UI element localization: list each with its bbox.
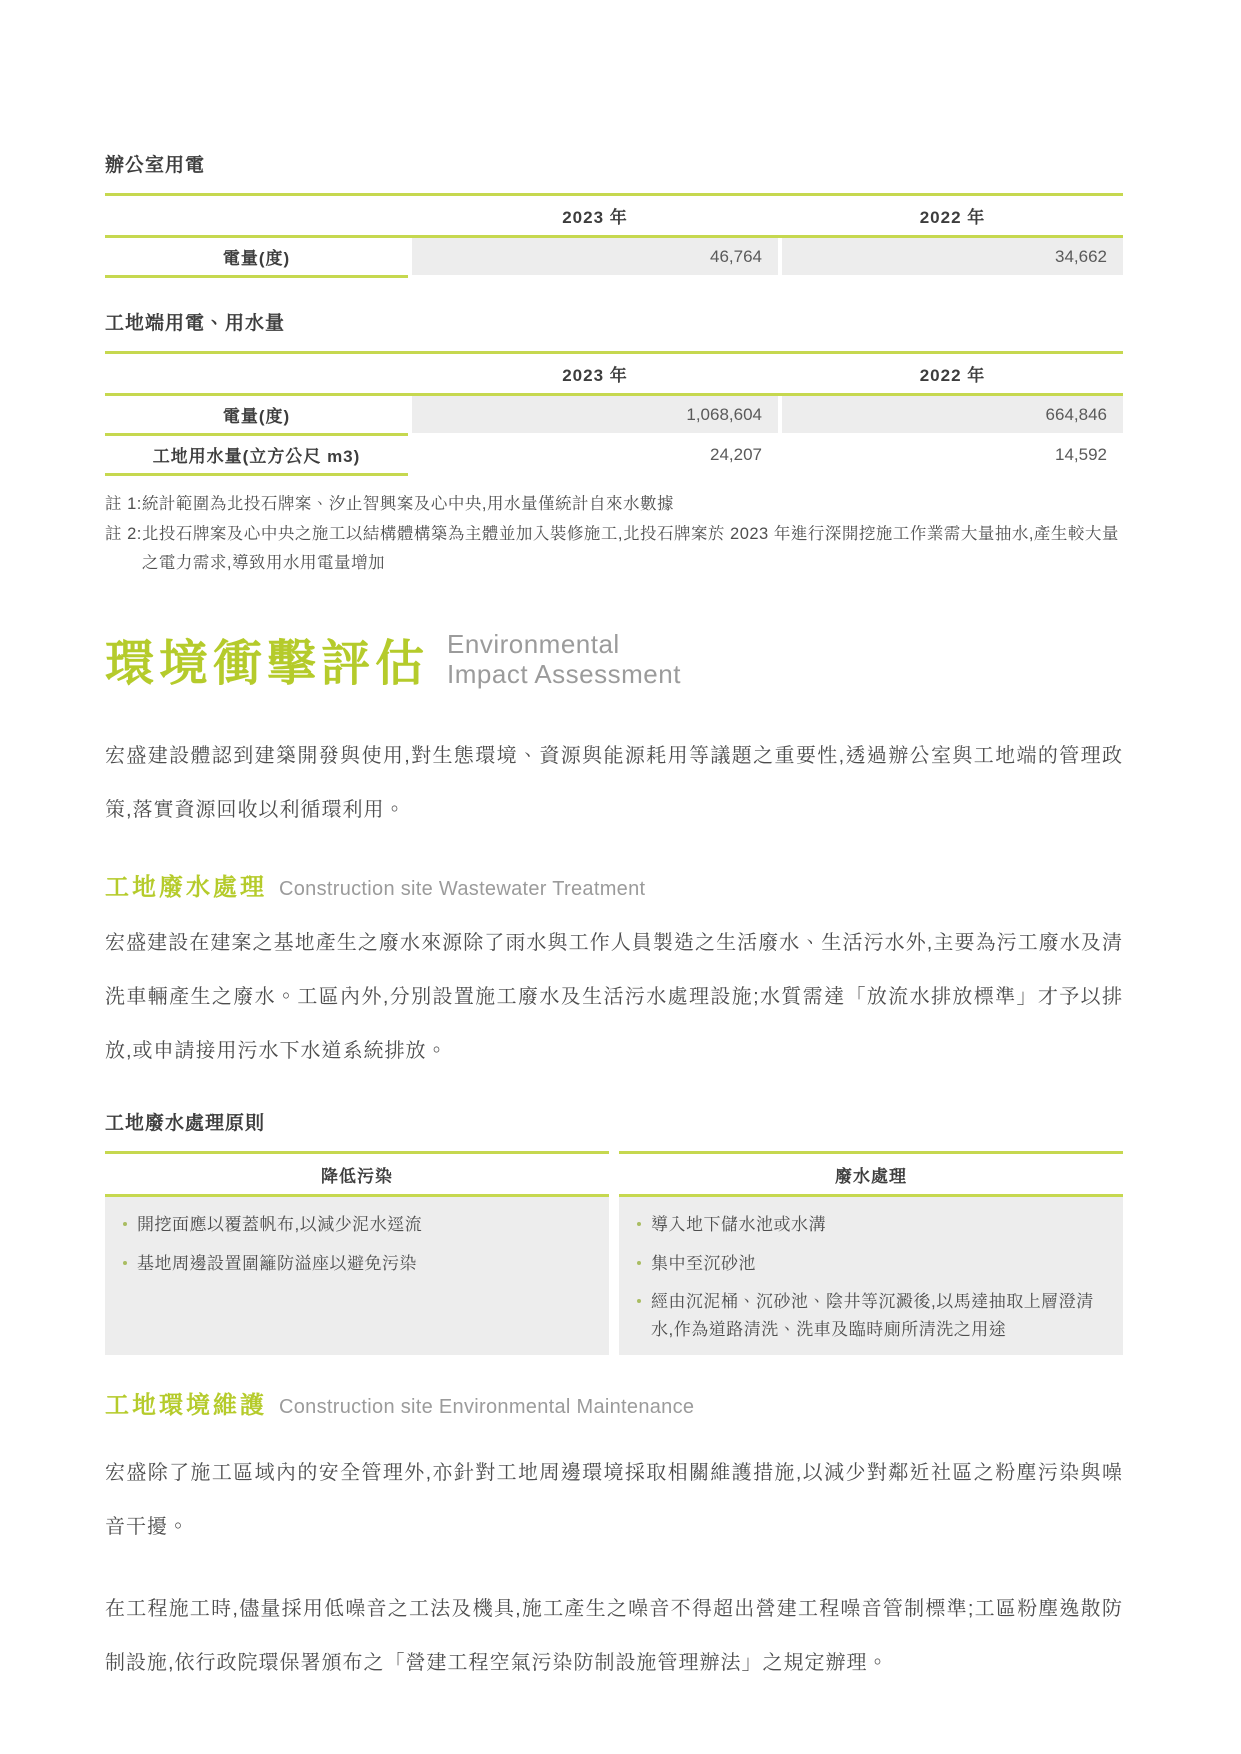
maintenance-heading-en: Construction site Environmental Maintena… bbox=[279, 1396, 694, 1419]
office-electricity-heading: 辦公室用電 bbox=[105, 150, 1123, 177]
principle-item-text: 經由沉泥桶、沉砂池、陰井等沉澱後,以馬達抽取上層澄清水,作為道路清洗、洗車及臨時… bbox=[651, 1288, 1101, 1343]
wastewater-heading-zh: 工地廢水處理 bbox=[105, 867, 267, 902]
principles-column-header: 降低污染 bbox=[105, 1151, 609, 1197]
principle-item: 導入地下儲水池或水溝 bbox=[633, 1211, 1101, 1239]
row-label: 電量(度) bbox=[105, 238, 408, 278]
bullet-dot-icon bbox=[637, 1261, 641, 1265]
bullet-dot-icon bbox=[637, 1222, 641, 1226]
value-cell-2022: 34,662 bbox=[782, 238, 1123, 278]
value-cell-2022: 664,846 bbox=[782, 396, 1123, 436]
note-label: 註 2: bbox=[105, 520, 142, 579]
chapter-title-en-line1: Environmental bbox=[447, 629, 620, 659]
note-text: 統計範圍為北投石牌案、汐止智興案及心中央,用水量僅統計自來水數據 bbox=[142, 490, 1123, 520]
principle-item-text: 集中至沉砂池 bbox=[651, 1250, 756, 1278]
principles-heading: 工地廢水處理原則 bbox=[105, 1108, 1123, 1135]
value-cell-2022: 14,592 bbox=[782, 436, 1123, 476]
site-usage-heading: 工地端用電、用水量 bbox=[105, 308, 1123, 335]
note-item: 註 1: 統計範圍為北投石牌案、汐止智興案及心中央,用水量僅統計自來水數據 bbox=[105, 490, 1123, 520]
value-cell-2023: 46,764 bbox=[412, 238, 778, 278]
principles-panel: 開挖面應以覆蓋帆布,以減少泥水逕流 基地周邊設置圍籬防溢座以避免污染 bbox=[105, 1197, 609, 1355]
maintenance-paragraph-1: 宏盛除了施工區域內的安全管理外,亦針對工地周邊環境採取相關維護措施,以減少對鄰近… bbox=[105, 1446, 1123, 1554]
principles-column-pollution: 降低污染 開挖面應以覆蓋帆布,以減少泥水逕流 基地周邊設置圍籬防溢座以避免污染 bbox=[105, 1151, 609, 1355]
principle-item: 開挖面應以覆蓋帆布,以減少泥水逕流 bbox=[119, 1211, 587, 1239]
year-column-header-2022: 2022 年 bbox=[782, 354, 1123, 393]
maintenance-heading-zh: 工地環境維護 bbox=[105, 1385, 267, 1420]
note-label: 註 1: bbox=[105, 490, 142, 520]
empty-header-cell bbox=[105, 196, 408, 235]
year-column-header-2023: 2023 年 bbox=[412, 196, 778, 235]
value-cell-2023: 1,068,604 bbox=[412, 396, 778, 436]
bullet-dot-icon bbox=[637, 1299, 641, 1303]
maintenance-paragraph-2: 在工程施工時,儘量採用低噪音之工法及機具,施工產生之噪音不得超出營建工程噪音管制… bbox=[105, 1582, 1123, 1690]
site-usage-table: 2023 年 2022 年 電量(度) 1,068,604 664,846 工地… bbox=[105, 351, 1123, 476]
table-row: 電量(度) 46,764 34,662 bbox=[105, 238, 1123, 278]
principle-item-text: 導入地下儲水池或水溝 bbox=[651, 1211, 826, 1239]
note-item: 註 2: 北投石牌案及心中央之施工以結構體構築為主體並加入裝修施工,北投石牌案於… bbox=[105, 520, 1123, 579]
principles-table: 降低污染 開挖面應以覆蓋帆布,以減少泥水逕流 基地周邊設置圍籬防溢座以避免污染 … bbox=[105, 1151, 1123, 1355]
bullet-dot-icon bbox=[123, 1222, 127, 1226]
principles-panel: 導入地下儲水池或水溝 集中至沉砂池 經由沉泥桶、沉砂池、陰井等沉澱後,以馬達抽取… bbox=[619, 1197, 1123, 1355]
wastewater-heading-en: Construction site Wastewater Treatment bbox=[279, 878, 645, 901]
row-label: 電量(度) bbox=[105, 396, 408, 436]
wastewater-paragraph: 宏盛建設在建案之基地產生之廢水來源除了雨水與工作人員製造之生活廢水、生活污水外,… bbox=[105, 916, 1123, 1078]
intro-paragraph: 宏盛建設體認到建築開發與使用,對生態環境、資源與能源耗用等議題之重要性,透過辦公… bbox=[105, 729, 1123, 837]
empty-header-cell bbox=[105, 354, 408, 393]
chapter-title-en: Environmental Impact Assessment bbox=[447, 630, 681, 690]
note-text: 北投石牌案及心中央之施工以結構體構築為主體並加入裝修施工,北投石牌案於 2023… bbox=[142, 520, 1123, 579]
chapter-title-zh: 環境衝擊評估 bbox=[105, 625, 429, 695]
maintenance-heading: 工地環境維護 Construction site Environmental M… bbox=[105, 1385, 1123, 1420]
principle-item-text: 基地周邊設置圍籬防溢座以避免污染 bbox=[137, 1250, 417, 1278]
year-column-header-2023: 2023 年 bbox=[412, 354, 778, 393]
table-row: 電量(度) 1,068,604 664,846 bbox=[105, 396, 1123, 436]
principles-column-treatment: 廢水處理 導入地下儲水池或水溝 集中至沉砂池 經由沉泥桶、沉砂池、陰井等沉澱後,… bbox=[619, 1151, 1123, 1355]
bullet-dot-icon bbox=[123, 1261, 127, 1265]
chapter-title: 環境衝擊評估 Environmental Impact Assessment bbox=[105, 625, 1123, 695]
principles-column-header: 廢水處理 bbox=[619, 1151, 1123, 1197]
table-header-row: 2023 年 2022 年 bbox=[105, 351, 1123, 396]
principle-item: 集中至沉砂池 bbox=[633, 1250, 1101, 1278]
principle-item: 經由沉泥桶、沉砂池、陰井等沉澱後,以馬達抽取上層澄清水,作為道路清洗、洗車及臨時… bbox=[633, 1288, 1101, 1343]
office-electricity-table: 2023 年 2022 年 電量(度) 46,764 34,662 bbox=[105, 193, 1123, 278]
principle-item: 基地周邊設置圍籬防溢座以避免污染 bbox=[119, 1250, 587, 1278]
row-label: 工地用水量(立方公尺 m3) bbox=[105, 436, 408, 476]
value-cell-2023: 24,207 bbox=[412, 436, 778, 476]
table-row: 工地用水量(立方公尺 m3) 24,207 14,592 bbox=[105, 436, 1123, 476]
table-header-row: 2023 年 2022 年 bbox=[105, 193, 1123, 238]
year-column-header-2022: 2022 年 bbox=[782, 196, 1123, 235]
wastewater-heading: 工地廢水處理 Construction site Wastewater Trea… bbox=[105, 867, 1123, 902]
report-page: 辦公室用電 2023 年 2022 年 電量(度) 46,764 34,662 … bbox=[0, 0, 1241, 1754]
chapter-title-en-line2: Impact Assessment bbox=[447, 659, 681, 689]
table-notes: 註 1: 統計範圍為北投石牌案、汐止智興案及心中央,用水量僅統計自來水數據 註 … bbox=[105, 490, 1123, 579]
principle-item-text: 開挖面應以覆蓋帆布,以減少泥水逕流 bbox=[137, 1211, 422, 1239]
